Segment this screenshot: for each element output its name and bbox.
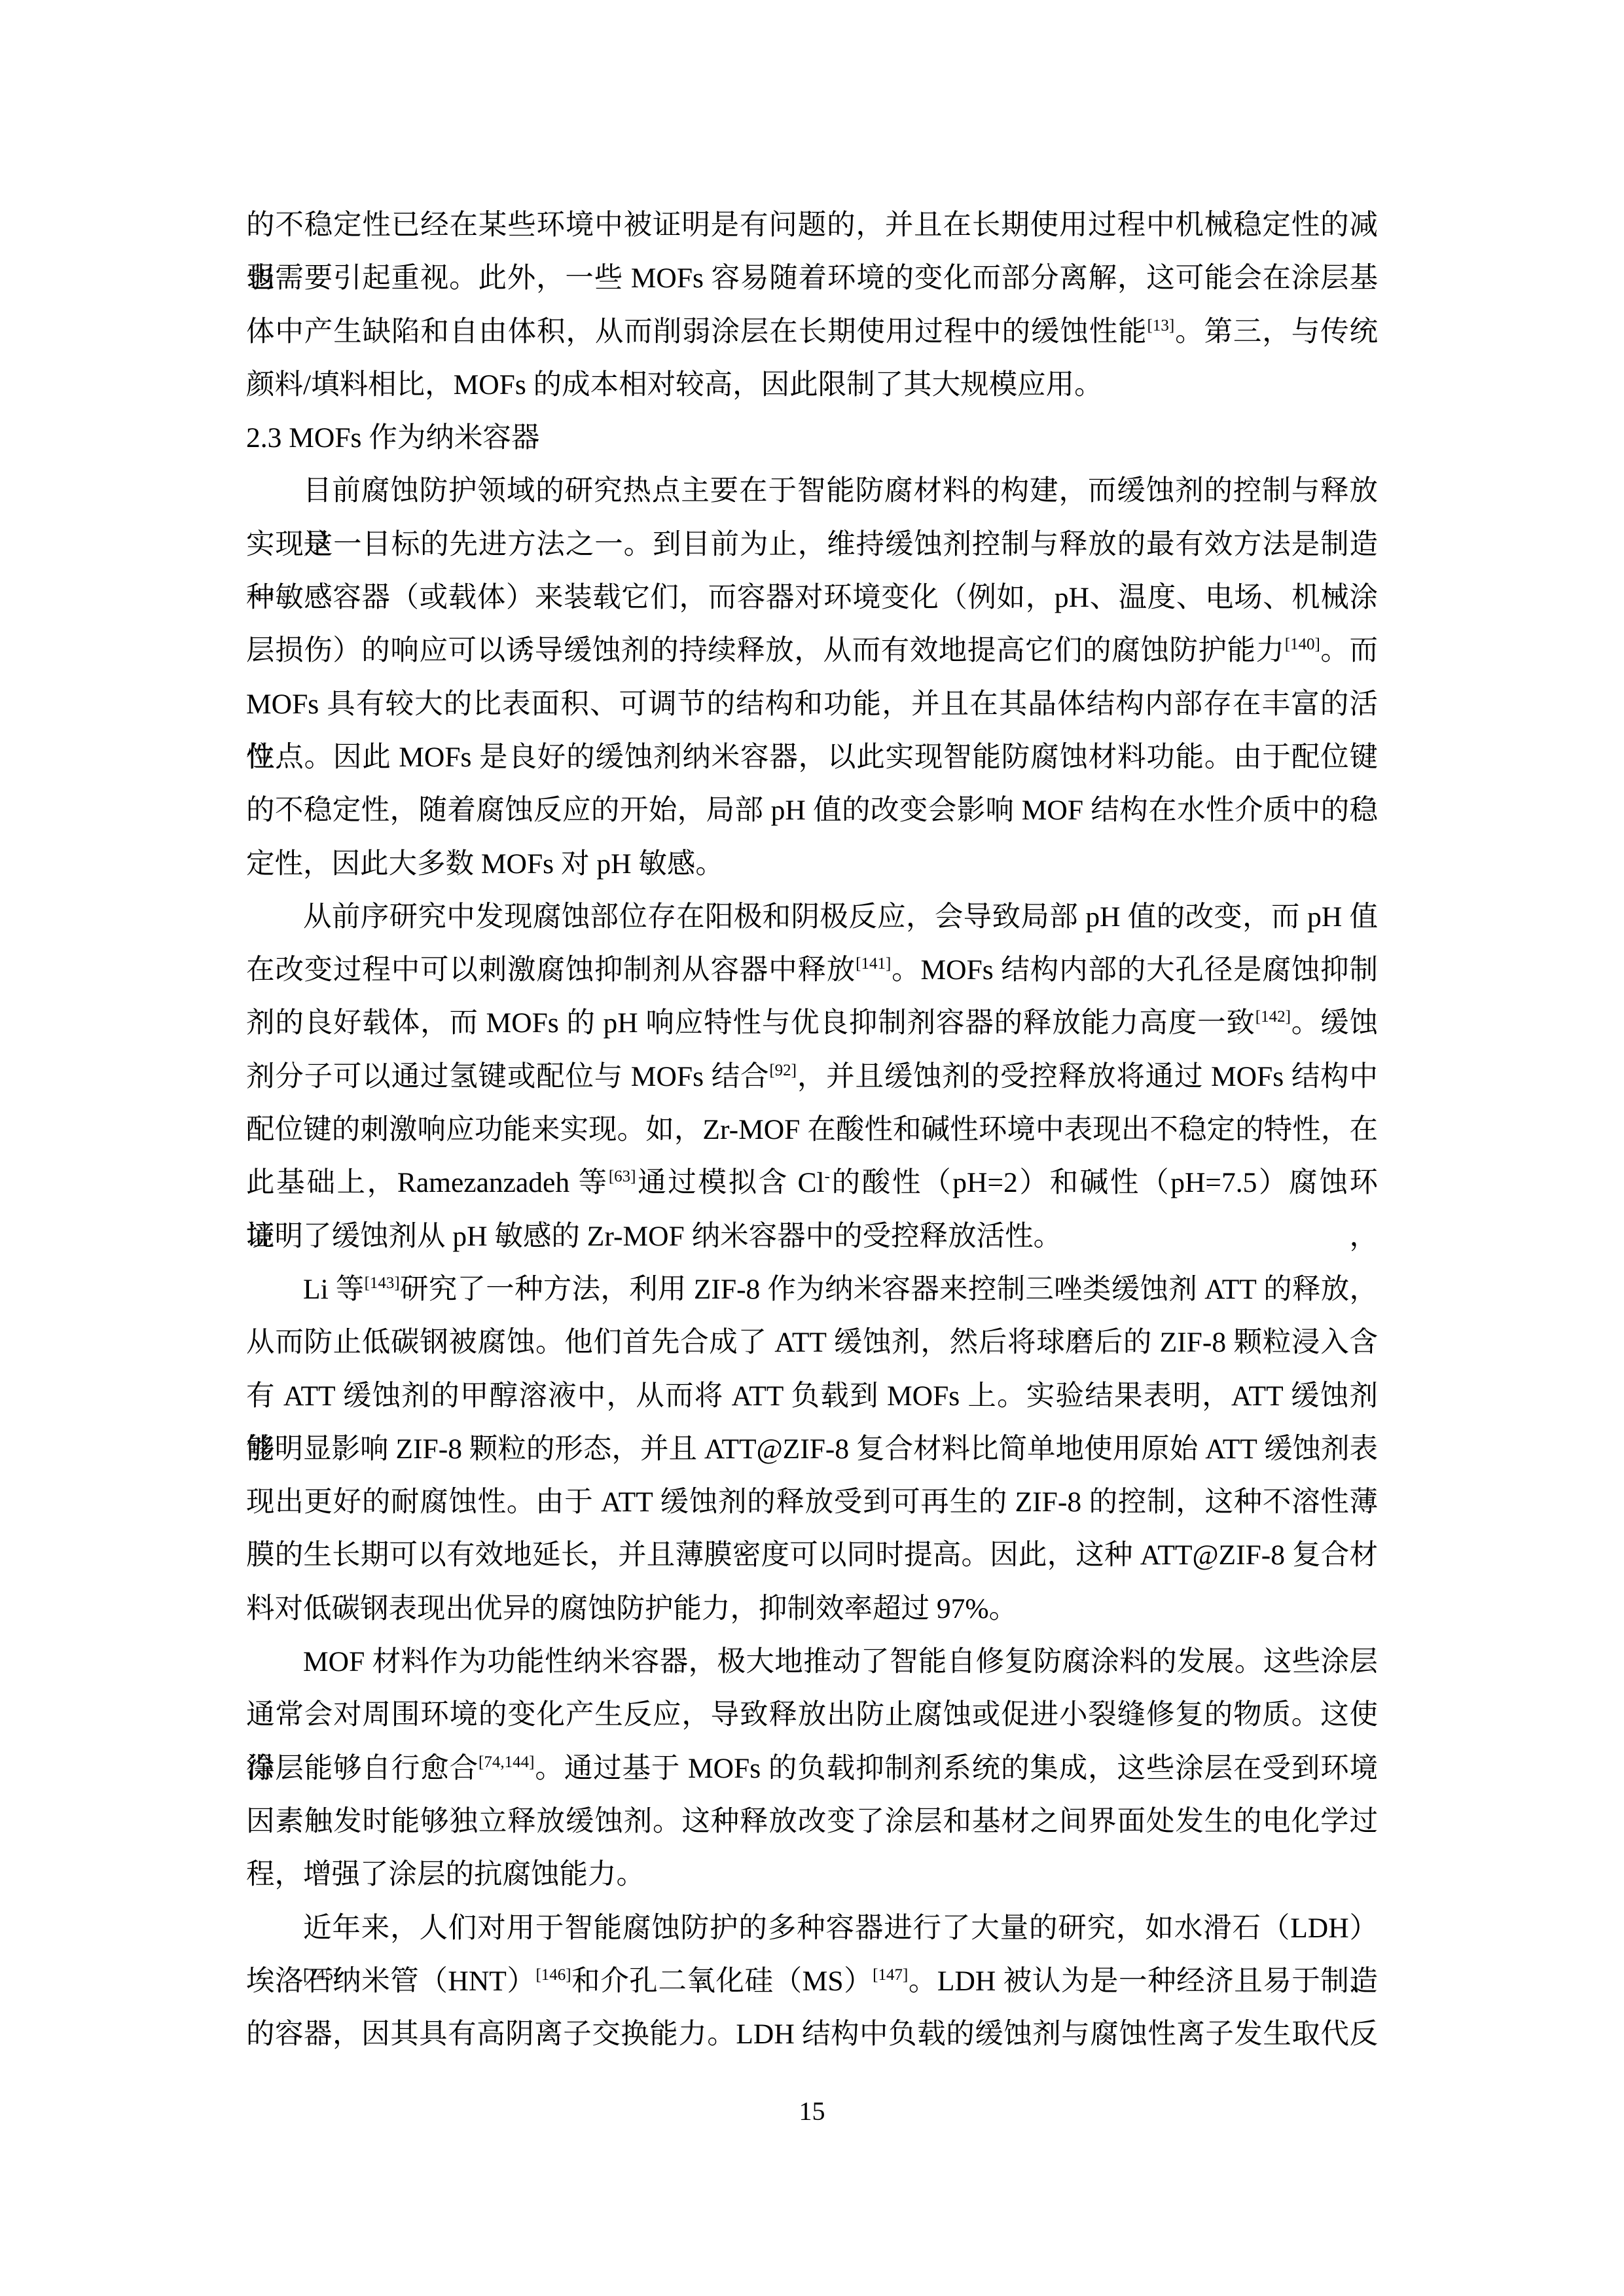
citation-superscript: [92] [769, 1062, 797, 1079]
section-heading: 2.3 MOFs 作为纳米容器 [246, 412, 1378, 465]
text-line: 此基础上，Ramezanzadeh 等[63]通过模拟含 Cl-的酸性（pH=2… [246, 1157, 1378, 1210]
text-line: 种敏感容器（或载体）来装载它们，而容器对环境变化（例如，pH、温度、电场、机械涂 [246, 571, 1378, 624]
citation-superscript: - [825, 1168, 830, 1185]
citation-superscript: [13] [1147, 317, 1175, 334]
text-line: Li 等[143]研究了一种方法，利用 ZIF-8 作为纳米容器来控制三唑类缓蚀… [246, 1263, 1378, 1316]
citation-superscript: [140] [1285, 636, 1320, 653]
citation-superscript: [142] [1255, 1008, 1291, 1026]
text-line: 因素触发时能够独立释放缓蚀剂。这种释放改变了涂层和基材之间界面处发生的电化学过 [246, 1795, 1378, 1848]
text-line: 剂分子可以通过氢键或配位与 MOFs 结合[92]，并且缓蚀剂的受控释放将通过 … [246, 1050, 1378, 1103]
text-line: 层损伤）的响应可以诱导缓蚀剂的持续释放，从而有效地提高它们的腐蚀防护能力[140… [246, 624, 1378, 677]
text-line: MOFs 具有较大的比表面积、可调节的结构和功能，并且在其晶体结构内部存在丰富的… [246, 678, 1378, 731]
text-line: 从前序研究中发现腐蚀部位存在阳极和阴极反应，会导致局部 pH 值的改变，而 pH… [246, 891, 1378, 944]
text-line: 的不稳定性，随着腐蚀反应的开始，局部 pH 值的改变会影响 MOF 结构在水性介… [246, 784, 1378, 837]
text-line: 从而防止低碳钢被腐蚀。他们首先合成了 ATT 缓蚀剂，然后将球磨后的 ZIF-8… [246, 1316, 1378, 1369]
document-page: 的不稳定性已经在某些环境中被证明是有问题的，并且在长期使用过程中机械稳定性的减弱… [0, 0, 1624, 2296]
citation-superscript: [143] [365, 1274, 400, 1292]
text-line: 剂的良好载体，而 MOFs 的 pH 响应特性与优良抑制剂容器的释放能力高度一致… [246, 997, 1378, 1050]
citation-superscript: [141] [856, 955, 891, 973]
text-line: 有 ATT 缓蚀剂的甲醇溶液中，从而将 ATT 负载到 MOFs 上。实验结果表… [246, 1370, 1378, 1423]
citation-superscript: [63] [609, 1168, 636, 1185]
text-line: 的不稳定性已经在某些环境中被证明是有问题的，并且在长期使用过程中机械稳定性的减弱 [246, 199, 1378, 252]
text-line: 颜料/填料相比，MOFs 的成本相对较高，因此限制了其大规模应用。 [246, 359, 1378, 412]
text-line: 涂层能够自行愈合[74,144]。通过基于 MOFs 的负载抑制剂系统的集成，这… [246, 1742, 1378, 1795]
text-line: 体中产生缺陷和自由体积，从而削弱涂层在长期使用过程中的缓蚀性能[13]。第三，与… [246, 306, 1378, 359]
document-body: 的不稳定性已经在某些环境中被证明是有问题的，并且在长期使用过程中机械稳定性的减弱… [246, 199, 1378, 2061]
text-line: 定性，因此大多数 MOFs 对 pH 敏感。 [246, 838, 1378, 891]
page-number: 15 [0, 2092, 1624, 2131]
text-line: 也需要引起重视。此外，一些 MOFs 容易随着环境的变化而部分离解，这可能会在涂… [246, 252, 1378, 305]
text-line: 膜的生长期可以有效地延长，并且薄膜密度可以同时提高。因此，这种 ATT@ZIF-… [246, 1529, 1378, 1582]
text-line: 料对低碳钢表现出优异的腐蚀防护能力，抑制效率超过 97%。 [246, 1583, 1378, 1636]
text-line: 现出更好的耐腐蚀性。由于 ATT 缓蚀剂的释放受到可再生的 ZIF-8 的控制，… [246, 1476, 1378, 1529]
citation-superscript: [146] [535, 1966, 571, 1984]
text-line: 近年来，人们对用于智能腐蚀防护的多种容器进行了大量的研究，如水滑石（LDH）[1… [246, 1902, 1378, 1955]
text-line: 配位键的刺激响应功能来实现。如，Zr-MOF 在酸性和碱性环境中表现出不稳定的特… [246, 1103, 1378, 1157]
text-line: 够明显影响 ZIF-8 颗粒的形态，并且 ATT@ZIF-8 复合材料比简单地使… [246, 1423, 1378, 1476]
text-line: 程，增强了涂层的抗腐蚀能力。 [246, 1848, 1378, 1901]
text-line: 在改变过程中可以刺激腐蚀抑制剂从容器中释放[141]。MOFs 结构内部的大孔径… [246, 944, 1378, 997]
text-line: MOF 材料作为功能性纳米容器，极大地推动了智能自修复防腐涂料的发展。这些涂层 [246, 1636, 1378, 1689]
text-line: 实现这一目标的先进方法之一。到目前为止，维持缓蚀剂控制与释放的最有效方法是制造一 [246, 518, 1378, 571]
text-line: 埃洛石纳米管（HNT）[146]和介孔二氧化硅（MS）[147]。LDH 被认为… [246, 1955, 1378, 2008]
text-line: 位点。因此 MOFs 是良好的缓蚀剂纳米容器，以此实现智能防腐蚀材料功能。由于配… [246, 731, 1378, 784]
text-line: 的容器，因其具有高阴离子交换能力。LDH 结构中负载的缓蚀剂与腐蚀性离子发生取代… [246, 2008, 1378, 2061]
text-line: 通常会对周围环境的变化产生反应，导致释放出防止腐蚀或促进小裂缝修复的物质。这使得 [246, 1689, 1378, 1742]
citation-superscript: [147] [873, 1966, 908, 1984]
text-line: 目前腐蚀防护领域的研究热点主要在于智能防腐材料的构建，而缓蚀剂的控制与释放是 [246, 465, 1378, 518]
citation-superscript: [74,144] [478, 1753, 534, 1771]
